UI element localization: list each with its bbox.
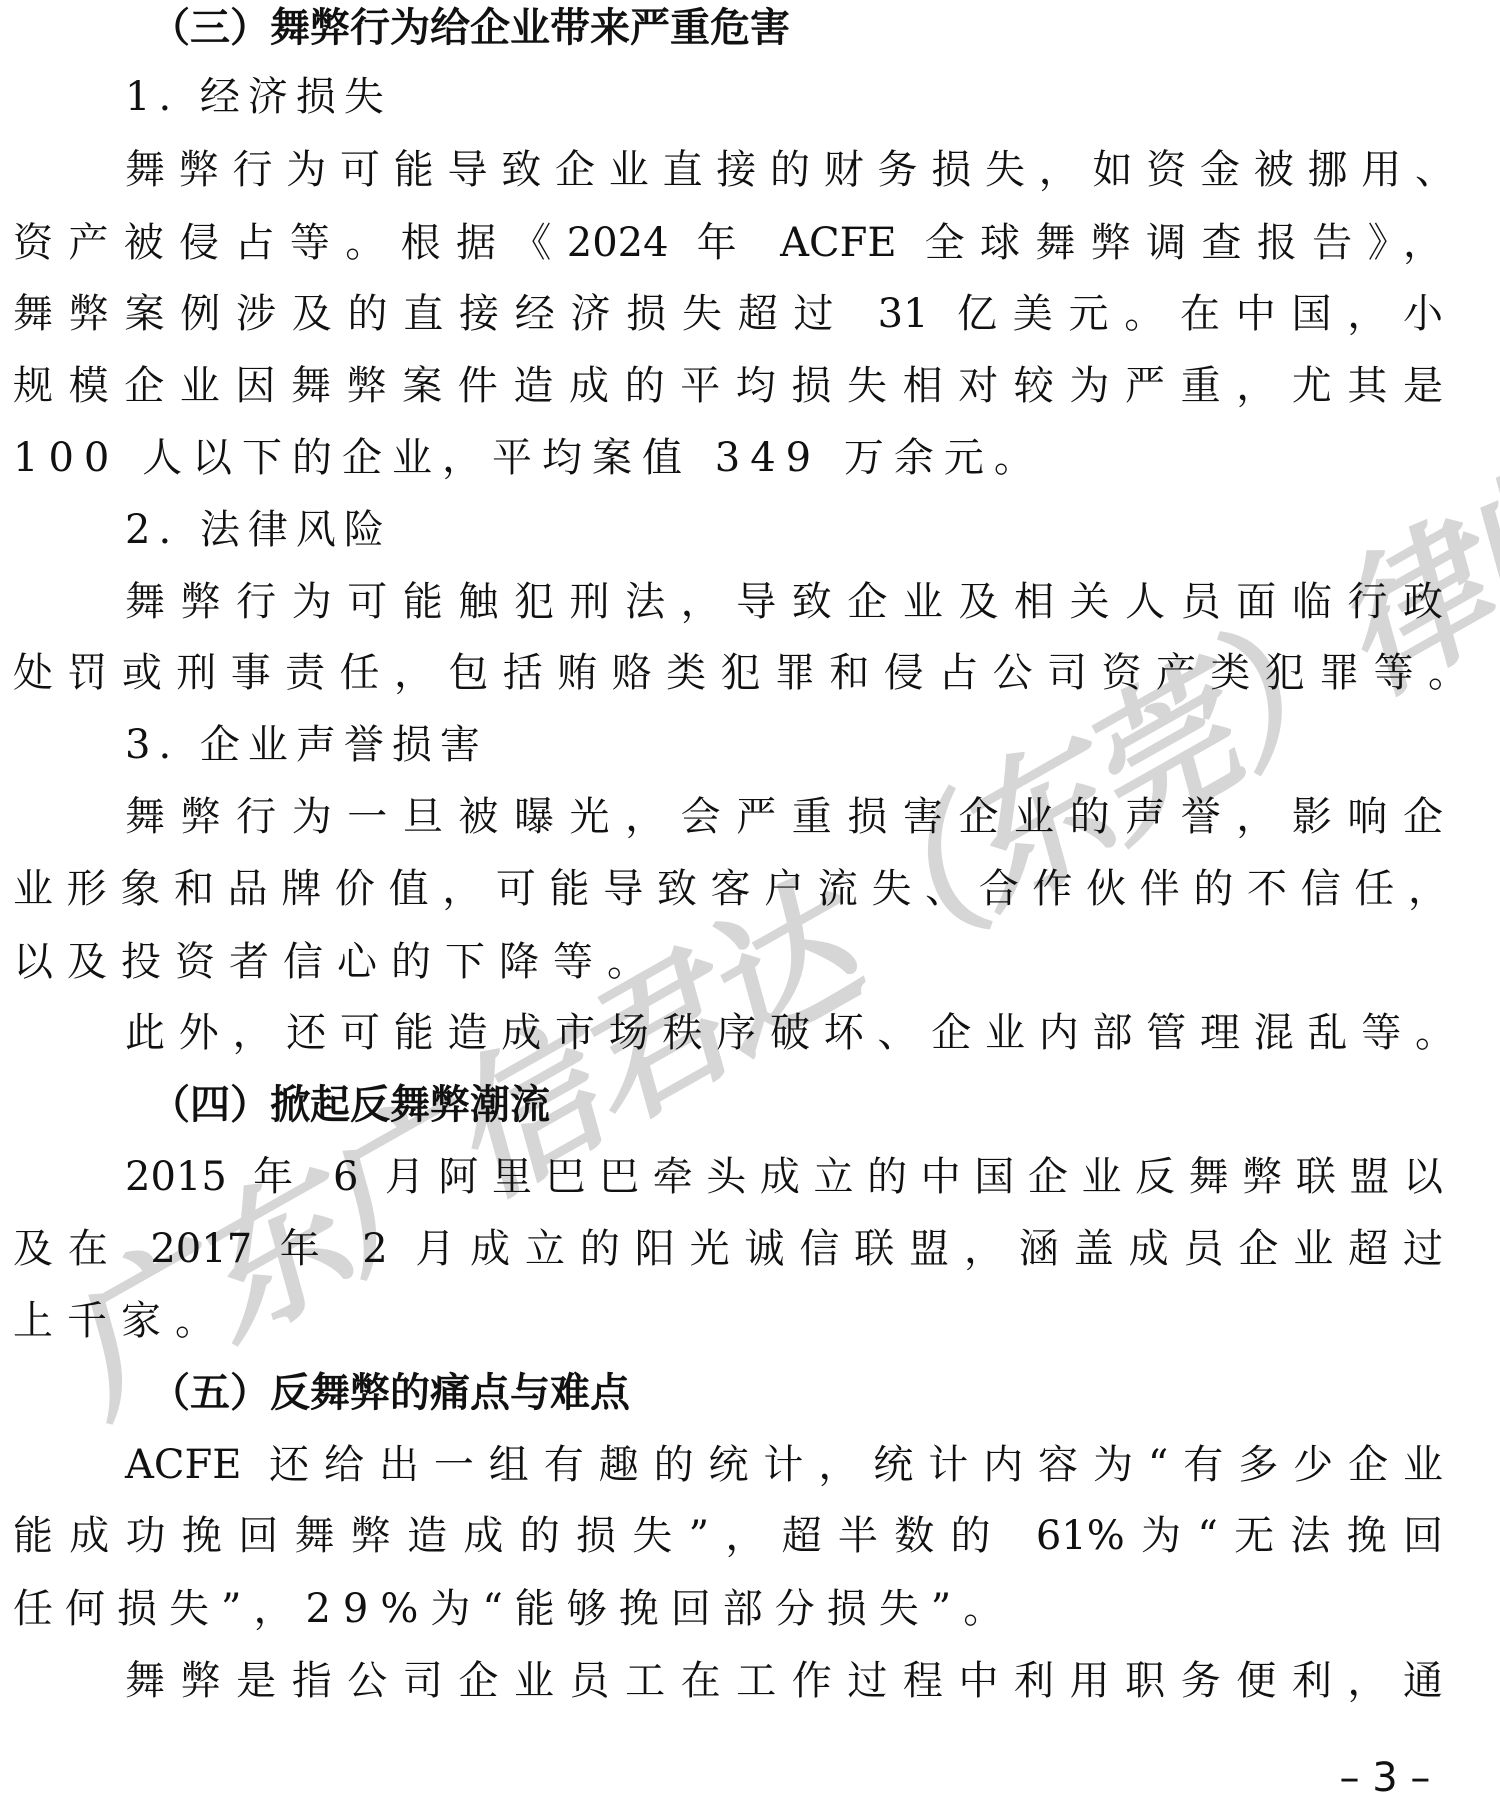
paragraph-line: 舞弊案例涉及的直接经济损失超过 31 亿美元。在中国，小 bbox=[13, 286, 1443, 342]
page-number: – 3 – bbox=[1320, 1752, 1450, 1796]
paragraph-line: 舞弊行为可能触犯刑法，导致企业及相关人员面临行政 bbox=[125, 574, 1443, 630]
subsection-title-reputation-damage: 3. 企业声誉损害 bbox=[125, 717, 488, 773]
section-heading-4: （四）掀起反舞弊潮流 bbox=[150, 1077, 550, 1133]
subsection-title-economic-loss: 1. 经济损失 bbox=[125, 69, 392, 125]
paragraph-line: 处罚或刑事责任，包括贿赂类犯罪和侵占公司资产类犯罪等。 bbox=[13, 645, 1468, 701]
paragraph-line: 规模企业因舞弊案件造成的平均损失相对较为严重，尤其是 bbox=[13, 358, 1443, 414]
paragraph-line: 及在 2017 年 2 月成立的阳光诚信联盟，涵盖成员企业超过 bbox=[13, 1221, 1443, 1277]
paragraph-line: 此外，还可能造成市场秩序破坏、企业内部管理混乱等。 bbox=[125, 1005, 1455, 1061]
subsection-title-legal-risk: 2. 法律风险 bbox=[125, 502, 392, 558]
paragraph-line: 100 人以下的企业，平均案值 349 万余元。 bbox=[13, 430, 1044, 486]
paragraph-line: ACFE 还给出一组有趣的统计，统计内容为“有多少企业 bbox=[125, 1437, 1443, 1493]
paragraph-line: 资产被侵占等。根据《2024 年 ACFE 全球舞弊调查报告》， bbox=[13, 215, 1443, 271]
paragraph-line: 舞弊行为一旦被曝光，会严重损害企业的声誉，影响企 bbox=[125, 789, 1443, 845]
paragraph-line: 舞弊行为可能导致企业直接的财务损失，如资金被挪用、 bbox=[125, 142, 1455, 198]
paragraph-line: 能成功挽回舞弊造成的损失”，超半数的 61%为“无法挽回 bbox=[13, 1508, 1443, 1564]
paragraph-line: 业形象和品牌价值，可能导致客户流失、合作伙伴的不信任， bbox=[13, 861, 1448, 917]
paragraph-line: 以及投资者信心的下降等。 bbox=[13, 934, 661, 990]
section-heading-3: （三）舞弊行为给企业带来严重危害 bbox=[150, 0, 790, 56]
paragraph-line: 舞弊是指公司企业员工在工作过程中利用职务便利，通 bbox=[125, 1653, 1443, 1709]
paragraph-line: 2015 年 6 月阿里巴巴牵头成立的中国企业反舞弊联盟以 bbox=[125, 1149, 1443, 1205]
document-page: 广东广信君达（东莞）律师事务所 （三）舞弊行为给企业带来严重危害 1. 经济损失… bbox=[0, 0, 1500, 1796]
section-heading-5: （五）反舞弊的痛点与难点 bbox=[150, 1365, 630, 1421]
paragraph-line: 任何损失”，29%为“能够挽回部分损失”。 bbox=[13, 1581, 1015, 1637]
paragraph-line: 上千家。 bbox=[13, 1293, 229, 1349]
